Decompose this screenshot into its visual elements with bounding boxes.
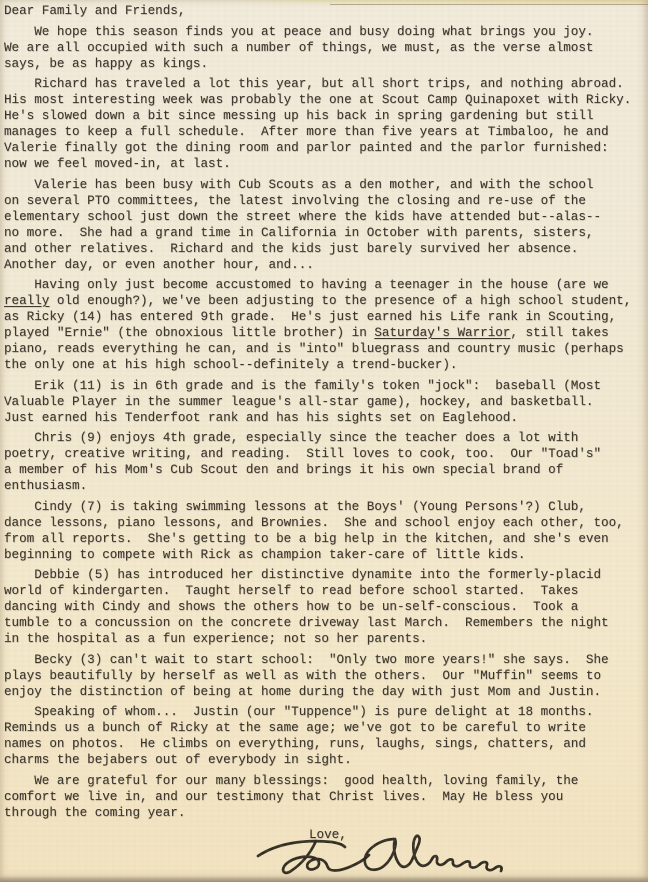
letter-line: piano, reads everything he can, and is "… [4, 341, 646, 357]
paragraph: Valerie has been busy with Cub Scouts as… [4, 177, 646, 273]
paragraph: Speaking of whom... Justin (our "Tuppenc… [4, 704, 646, 768]
letter-line: really old enough?), we've been adjustin… [4, 293, 646, 309]
letter-line: Becky (3) can't wait to start school: "O… [4, 652, 646, 668]
letter-line: poetry, creative writing, and reading. S… [4, 446, 646, 462]
letter-line: We are all occupied with such a number o… [4, 40, 646, 56]
signature-icon [256, 830, 506, 878]
letter-line: dancing with Cindy and shows the others … [4, 599, 646, 615]
letter-line: on several PTO committees, the latest in… [4, 193, 646, 209]
letter-body: Dear Family and Friends, We hope this se… [0, 0, 648, 843]
letter-line: Valerie finally got the dining room and … [4, 140, 646, 156]
letter-line: Debbie (5) has introduced her distinctiv… [4, 567, 646, 583]
signature-andersons-stroke [365, 836, 502, 871]
letter-line: as Ricky (14) has entered 9th grade. He'… [4, 309, 646, 325]
paragraph: We are grateful for our many blessings: … [4, 773, 646, 821]
letter-line: no more. She had a grand time in Califor… [4, 225, 646, 241]
letter-line: Richard has traveled a lot this year, bu… [4, 76, 646, 92]
paragraph: Becky (3) can't wait to start school: "O… [4, 652, 646, 700]
letter-line: from all reports. She's getting to be a … [4, 531, 646, 547]
letter-line: Having only just become accustomed to ha… [4, 277, 646, 293]
letter-line: He's slowed down a bit since messing up … [4, 108, 646, 124]
letter-line: manages to keep a full schedule. After m… [4, 124, 646, 140]
letter-line: beginning to compete with Rick as champi… [4, 547, 646, 563]
letter-line: names on photos. He climbs on everything… [4, 736, 646, 752]
letter-line: Just earned his Tenderfoot rank and has … [4, 410, 646, 426]
letter-line: His most interesting week was probably t… [4, 92, 646, 108]
letter-line: Chris (9) enjoys 4th grade, especially s… [4, 430, 646, 446]
letter-line: a member of his Mom's Cub Scout den and … [4, 462, 646, 478]
paragraphs-host: We hope this season finds you at peace a… [4, 24, 646, 821]
paragraph: Chris (9) enjoys 4th grade, especially s… [4, 430, 646, 494]
letter-line: charms the bejabers out of everybody in … [4, 752, 646, 768]
letter-line: Valuable Player in the summer league's a… [4, 394, 646, 410]
letter-line: Valerie has been busy with Cub Scouts as… [4, 177, 646, 193]
paragraph: Debbie (5) has introduced her distinctiv… [4, 567, 646, 647]
letter-line: Reminds us a bunch of Ricky at the same … [4, 720, 646, 736]
paragraph: We hope this season finds you at peace a… [4, 24, 646, 72]
letter-line: Cindy (7) is taking swimming lessons at … [4, 499, 646, 515]
signature-the-stroke [283, 841, 369, 873]
paragraph: Richard has traveled a lot this year, bu… [4, 76, 646, 172]
underlined-text: Saturday's Warrior [374, 326, 510, 340]
letter-line: elementary school just down the street w… [4, 209, 646, 225]
letter-line: in the hospital as a fun experience; not… [4, 631, 646, 647]
letter-line: through the coming year. [4, 805, 646, 821]
paragraph: Having only just become accustomed to ha… [4, 277, 646, 373]
letter-line: We hope this season finds you at peace a… [4, 24, 646, 40]
letter-line: played "Ernie" (the obnoxious little bro… [4, 325, 646, 341]
letter-line: enthusiasm. [4, 478, 646, 494]
letter-line: and other relatives. Richard and the kid… [4, 241, 646, 257]
letter-line: Erik (11) is in 6th grade and is the fam… [4, 378, 646, 394]
letter-line: the only one at his high school--definit… [4, 357, 646, 373]
letter-line: tumble to a concussion on the concrete d… [4, 615, 646, 631]
letter-line: Another day, or even another hour, and..… [4, 257, 646, 273]
signature-t-bar-stroke [258, 841, 345, 856]
letter-line: enjoy the distinction of being at home d… [4, 684, 646, 700]
paragraph: Erik (11) is in 6th grade and is the fam… [4, 378, 646, 426]
salutation: Dear Family and Friends, [4, 3, 646, 19]
letter-line: Speaking of whom... Justin (our "Tuppenc… [4, 704, 646, 720]
letter-line: plays beautifully by herself as well as … [4, 668, 646, 684]
letter-line: dance lessons, piano lessons, and Browni… [4, 515, 646, 531]
underlined-text: really [4, 294, 49, 308]
letter-line: world of kindergarten. Taught herself to… [4, 583, 646, 599]
paragraph: Cindy (7) is taking swimming lessons at … [4, 499, 646, 563]
letter-line: now we feel moved-in, at last. [4, 156, 646, 172]
handwritten-signature [256, 830, 506, 878]
letter-line: We are grateful for our many blessings: … [4, 773, 646, 789]
letter-page: Dear Family and Friends, We hope this se… [0, 0, 648, 882]
letter-line: says, be as happy as kings. [4, 56, 646, 72]
letter-line: comfort we live in, and our testimony th… [4, 789, 646, 805]
